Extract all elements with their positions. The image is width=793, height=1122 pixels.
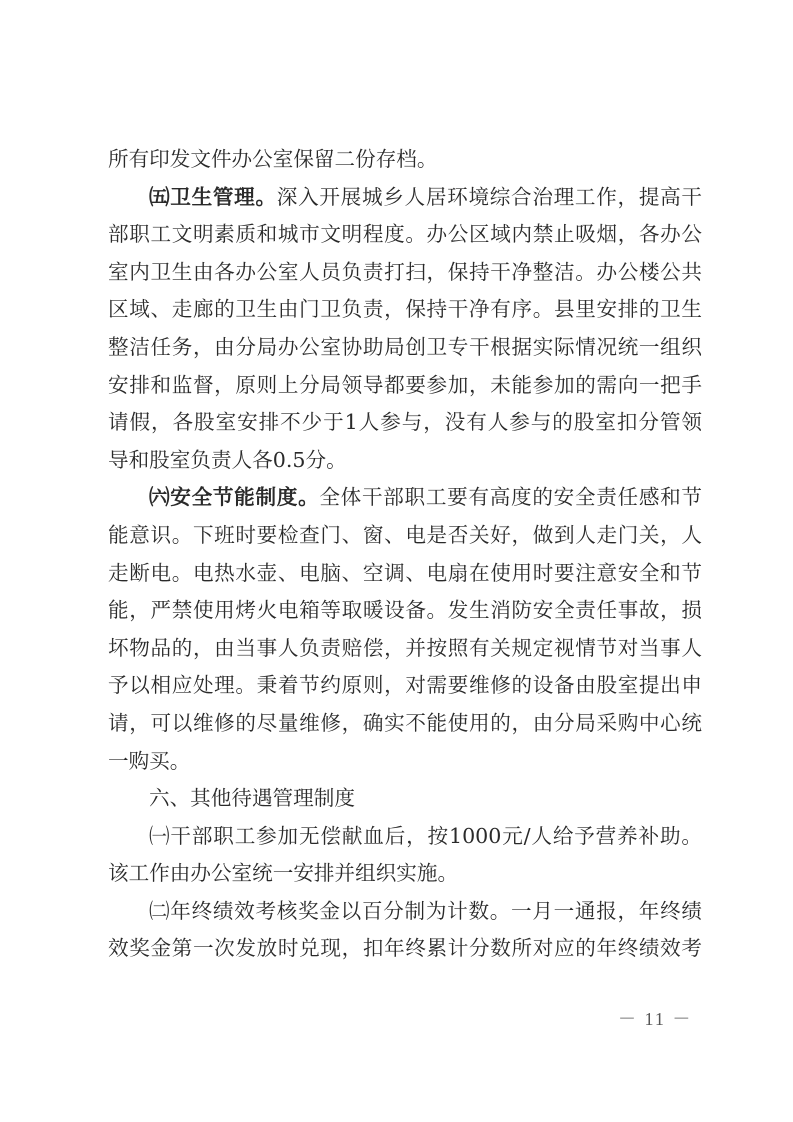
paragraph-line: 一购买。 (108, 743, 702, 781)
paragraph-safety-first-line: ㈥安全节能制度。全体干部职工要有高度的安全责任感和节 (108, 479, 702, 517)
document-page: 所有印发文件办公室保留二份存档。 ㈤卫生管理。深入开展城乡人居环境综合治理工作，… (108, 141, 702, 968)
page-number: － 11 － (618, 1005, 692, 1031)
paragraph-line: 导和股室负责人各0.5分。 (108, 442, 702, 480)
sanitation-text: 深入开展城乡人居环境综合治理工作，提高干 (277, 185, 702, 209)
paragraph-sanitation-first-line: ㈤卫生管理。深入开展城乡人居环境综合治理工作，提高干 (108, 179, 702, 217)
safety-text: 全体干部职工要有高度的安全责任感和节 (319, 485, 702, 509)
safety-heading: ㈥安全节能制度。 (149, 485, 319, 509)
paragraph-line: 能意识。下班时要检查门、窗、电是否关好，做到人走门关，人 (108, 517, 702, 555)
paragraph-line: 整洁任务，由分局办公室协助局创卫专干根据实际情况统一组织 (108, 329, 702, 367)
paragraph-blood-donation: ㈠干部职工参加无偿献血后，按1000元/人给予营养补助。 (108, 818, 702, 856)
sanitation-heading: ㈤卫生管理。 (149, 185, 277, 209)
paragraph-line: 坏物品的，由当事人负责赔偿，并按照有关规定视情节对当事人 (108, 630, 702, 668)
paragraph-line: 部职工文明素质和城市文明程度。办公区域内禁止吸烟，各办公 (108, 216, 702, 254)
paragraph-line: 请，可以维修的尽量维修，确实不能使用的，由分局采购中心统 (108, 705, 702, 743)
paragraph-archive: 所有印发文件办公室保留二份存档。 (108, 141, 702, 179)
paragraph-bonus: ㈡年终绩效考核奖金以百分制为计数。一月一通报，年终绩 (108, 893, 702, 931)
paragraph-line: 走断电。电热水壶、电脑、空调、电扇在使用时要注意安全和节 (108, 555, 702, 593)
paragraph-line: 予以相应处理。秉着节约原则，对需要维修的设备由股室提出申 (108, 667, 702, 705)
paragraph-line: 室内卫生由各办公室人员负责打扫，保持干净整洁。办公楼公共 (108, 254, 702, 292)
paragraph-line: 区域、走廊的卫生由门卫负责，保持干净有序。县里安排的卫生 (108, 291, 702, 329)
paragraph-line: 效奖金第一次发放时兑现，扣年终累计分数所对应的年终绩效考 (108, 930, 702, 968)
paragraph-line: 请假，各股室安排不少于1人参与，没有人参与的股室扣分管领 (108, 404, 702, 442)
paragraph-line: 能，严禁使用烤火电箱等取暖设备。发生消防安全责任事故，损 (108, 592, 702, 630)
paragraph-line: 安排和监督，原则上分局领导都要参加，未能参加的需向一把手 (108, 367, 702, 405)
section-heading: 六、其他待遇管理制度 (108, 780, 702, 818)
paragraph-line: 该工作由办公室统一安排并组织实施。 (108, 855, 702, 893)
